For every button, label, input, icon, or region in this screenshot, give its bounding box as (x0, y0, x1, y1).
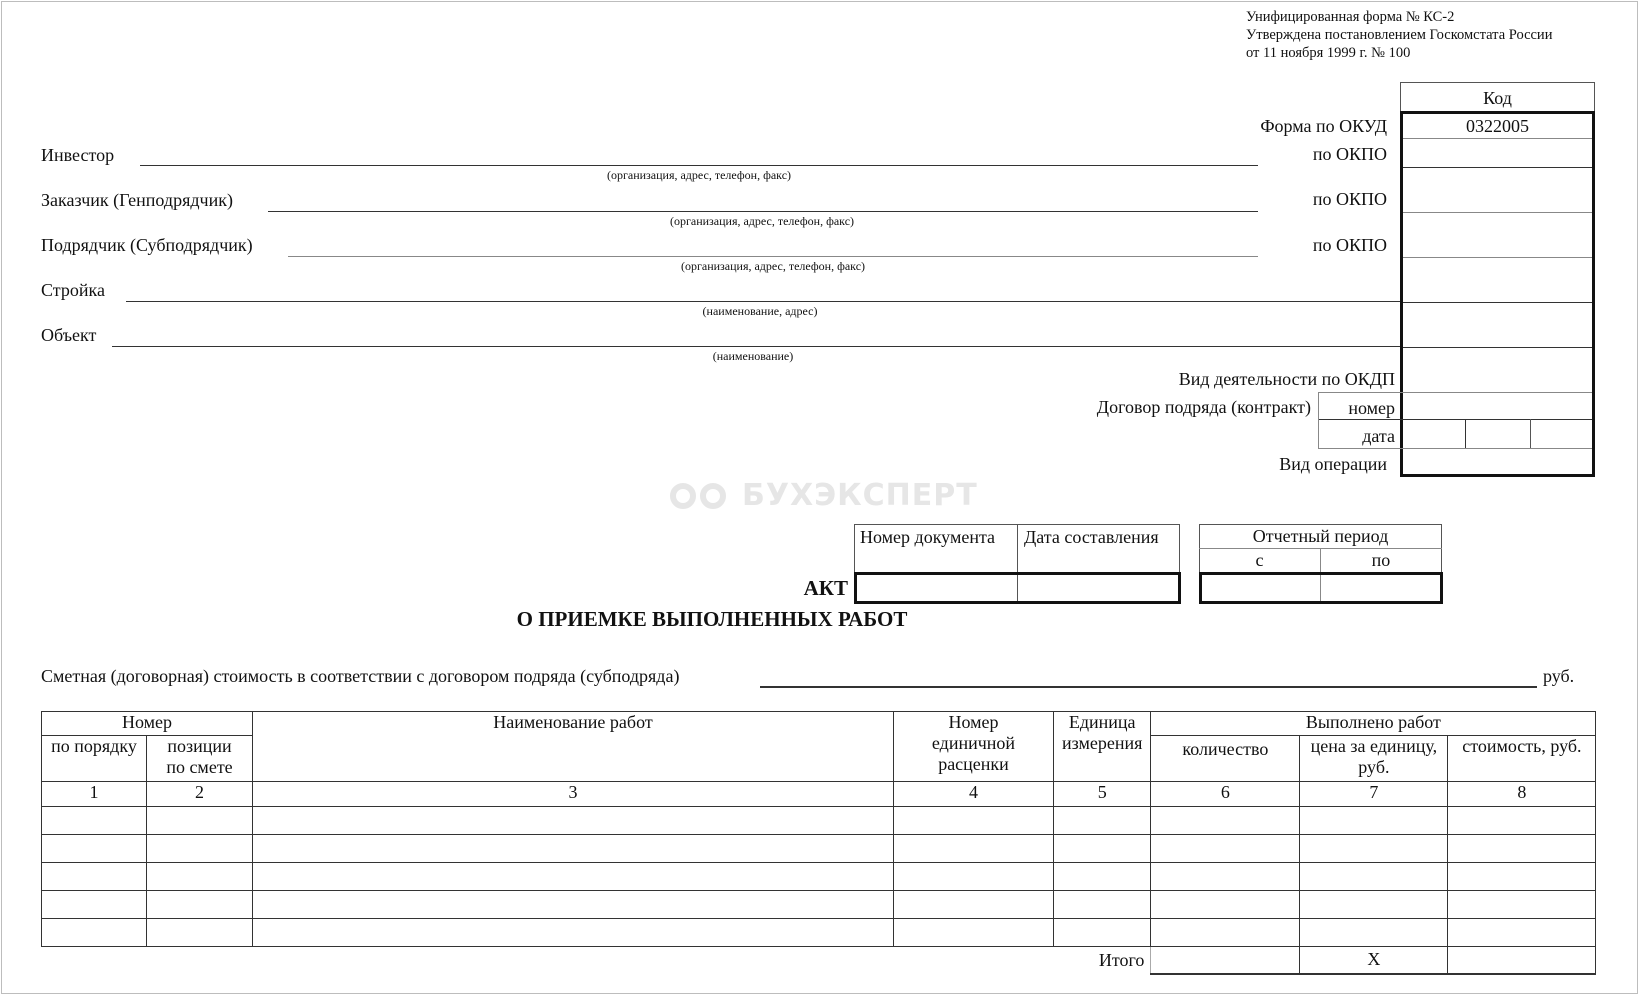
cell-unit[interactable] (1054, 863, 1151, 891)
cell-price[interactable] (1300, 863, 1448, 891)
site-label: Стройка (41, 280, 105, 300)
code-header-label: Код (1401, 83, 1594, 112)
cell-cost[interactable] (1448, 835, 1596, 863)
owl-logo-icon (670, 479, 732, 513)
divider (1403, 138, 1592, 139)
period-to-field[interactable] (1321, 575, 1439, 601)
period-from-field[interactable] (1202, 575, 1320, 601)
quantity-header: количество (1151, 736, 1300, 782)
column-number: 8 (1448, 782, 1596, 807)
object-caption: (наименование) (713, 349, 794, 364)
investor-caption: (организация, адрес, телефон, факс) (607, 168, 791, 183)
cell-ordinal[interactable] (42, 891, 147, 919)
operation-label: Вид операции (1279, 454, 1387, 474)
work-name-header: Наименование работ (253, 712, 894, 782)
cell-quantity[interactable] (1151, 863, 1300, 891)
object-label: Объект (41, 325, 96, 345)
form-code-line: Унифицированная форма № КС-2 (1246, 9, 1454, 26)
column-number: 3 (253, 782, 894, 807)
site-caption: (наименование, адрес) (703, 304, 818, 319)
customer-field[interactable] (268, 211, 1258, 212)
divider (1465, 419, 1466, 448)
cell-quantity[interactable] (1151, 891, 1300, 919)
customer-caption: (организация, адрес, телефон, факс) (670, 214, 854, 229)
approval-line: Утверждена постановлением Госкомстата Ро… (1246, 27, 1552, 44)
okpo-label-customer: по ОКПО (1313, 189, 1387, 209)
okdp-label: Вид деятельности по ОКДП (1179, 369, 1395, 389)
cell-ordinal[interactable] (42, 835, 147, 863)
estimate-label: Сметная (договорная) стоимость в соответ… (41, 666, 679, 686)
total-label: Итого (42, 947, 1151, 974)
contractor-caption: (организация, адрес, телефон, факс) (681, 259, 865, 274)
doc-number-field[interactable] (857, 575, 1017, 601)
cell-work-name[interactable] (253, 807, 894, 835)
cell-unit-price-number[interactable] (894, 863, 1054, 891)
okud-code-field[interactable]: 0322005 (1403, 113, 1592, 138)
cell-unit[interactable] (1054, 919, 1151, 947)
cell-work-name[interactable] (253, 919, 894, 947)
code-header-cell: Код (1400, 82, 1595, 111)
estimate-field[interactable] (760, 686, 1537, 688)
table-row (42, 863, 1596, 891)
watermark: БУХЭКСПЕРТ (670, 478, 978, 513)
approval-date-line: от 11 ноября 1999 г. № 100 (1246, 45, 1410, 62)
table-row (42, 835, 1596, 863)
divider (1403, 347, 1592, 348)
cell-position[interactable] (147, 863, 253, 891)
total-cost-cell[interactable] (1448, 947, 1596, 974)
cell-ordinal[interactable] (42, 807, 147, 835)
code-box (1400, 111, 1595, 477)
total-row: Итого Х (42, 947, 1596, 974)
divider (1403, 212, 1592, 213)
cell-position[interactable] (147, 835, 253, 863)
column-number: 5 (1054, 782, 1151, 807)
contract-date-label: дата (1362, 426, 1395, 446)
cell-price[interactable] (1300, 835, 1448, 863)
table-row (42, 919, 1596, 947)
period-to-label: по (1320, 549, 1442, 571)
cell-unit-price-number[interactable] (894, 919, 1054, 947)
cell-unit-price-number[interactable] (894, 891, 1054, 919)
investor-label: Инвестор (41, 145, 114, 165)
object-field[interactable] (112, 346, 1400, 347)
ordinal-header: по порядку (42, 736, 147, 782)
cell-price[interactable] (1300, 807, 1448, 835)
cell-unit[interactable] (1054, 807, 1151, 835)
cell-quantity[interactable] (1151, 807, 1300, 835)
cell-unit[interactable] (1054, 891, 1151, 919)
cell-ordinal[interactable] (42, 919, 147, 947)
act-title: АКТ (804, 576, 848, 600)
cell-unit-price-number[interactable] (894, 807, 1054, 835)
cell-work-name[interactable] (253, 835, 894, 863)
contractor-field[interactable] (288, 256, 1258, 257)
cell-work-name[interactable] (253, 891, 894, 919)
divider (1318, 392, 1319, 448)
divider (1403, 257, 1592, 258)
cell-work-name[interactable] (253, 863, 894, 891)
period-header-label: Отчетный период (1199, 525, 1442, 547)
unit-header: Единица измерения (1054, 712, 1151, 782)
customer-label: Заказчик (Генподрядчик) (41, 190, 233, 210)
cell-quantity[interactable] (1151, 835, 1300, 863)
total-price-cell: Х (1300, 947, 1448, 974)
divider (1318, 392, 1592, 393)
column-number: 2 (147, 782, 253, 807)
column-number: 6 (1151, 782, 1300, 807)
cell-ordinal[interactable] (42, 863, 147, 891)
divider (1318, 448, 1592, 449)
cell-cost[interactable] (1448, 891, 1596, 919)
column-number: 4 (894, 782, 1054, 807)
position-header: позиции по смете (147, 736, 253, 782)
cell-unit[interactable] (1054, 835, 1151, 863)
cell-unit-price-number[interactable] (894, 835, 1054, 863)
number-group-header: Номер (42, 712, 253, 736)
total-quantity-cell[interactable] (1151, 947, 1300, 974)
divider (1318, 419, 1592, 420)
cell-cost[interactable] (1448, 919, 1596, 947)
cell-quantity[interactable] (1151, 919, 1300, 947)
table-row (42, 807, 1596, 835)
doc-number-header: Номер документа (860, 527, 995, 547)
column-numbers-row: 1 2 3 4 5 6 7 8 (42, 782, 1596, 807)
contract-number-label: номер (1348, 398, 1395, 418)
divider (1530, 419, 1531, 448)
cell-price[interactable] (1300, 891, 1448, 919)
period-from-label: с (1199, 549, 1320, 571)
cell-position[interactable] (147, 891, 253, 919)
investor-field[interactable] (140, 165, 1258, 166)
okud-label: Форма по ОКУД (1260, 116, 1387, 136)
column-number: 1 (42, 782, 147, 807)
works-table: Номер Наименование работ Номер единичной… (41, 711, 1596, 975)
doc-date-field[interactable] (1018, 575, 1178, 601)
doc-date-header: Дата составления (1024, 527, 1159, 547)
okpo-label-contractor: по ОКПО (1313, 235, 1387, 255)
contract-label: Договор подряда (контракт) (1097, 397, 1311, 417)
table-row (42, 891, 1596, 919)
contractor-label: Подрядчик (Субподрядчик) (41, 235, 253, 255)
cell-position[interactable] (147, 919, 253, 947)
okpo-label-investor: по ОКПО (1313, 144, 1387, 164)
site-field[interactable] (126, 301, 1400, 302)
cell-cost[interactable] (1448, 863, 1596, 891)
estimate-currency: руб. (1543, 666, 1574, 686)
cell-position[interactable] (147, 807, 253, 835)
divider (1403, 302, 1592, 303)
column-number: 7 (1300, 782, 1448, 807)
watermark-text: БУХЭКСПЕРТ (742, 478, 978, 513)
done-group-header: Выполнено работ (1151, 712, 1596, 736)
cell-price[interactable] (1300, 919, 1448, 947)
cell-cost[interactable] (1448, 807, 1596, 835)
divider (1403, 167, 1592, 168)
price-header: цена за единицу, руб. (1300, 736, 1448, 782)
unit-price-number-header: Номер единичной расценки (894, 712, 1054, 782)
act-subtitle: О ПРИЕМКЕ ВЫПОЛНЕННЫХ РАБОТ (517, 607, 908, 631)
cost-header: стоимость, руб. (1448, 736, 1596, 782)
